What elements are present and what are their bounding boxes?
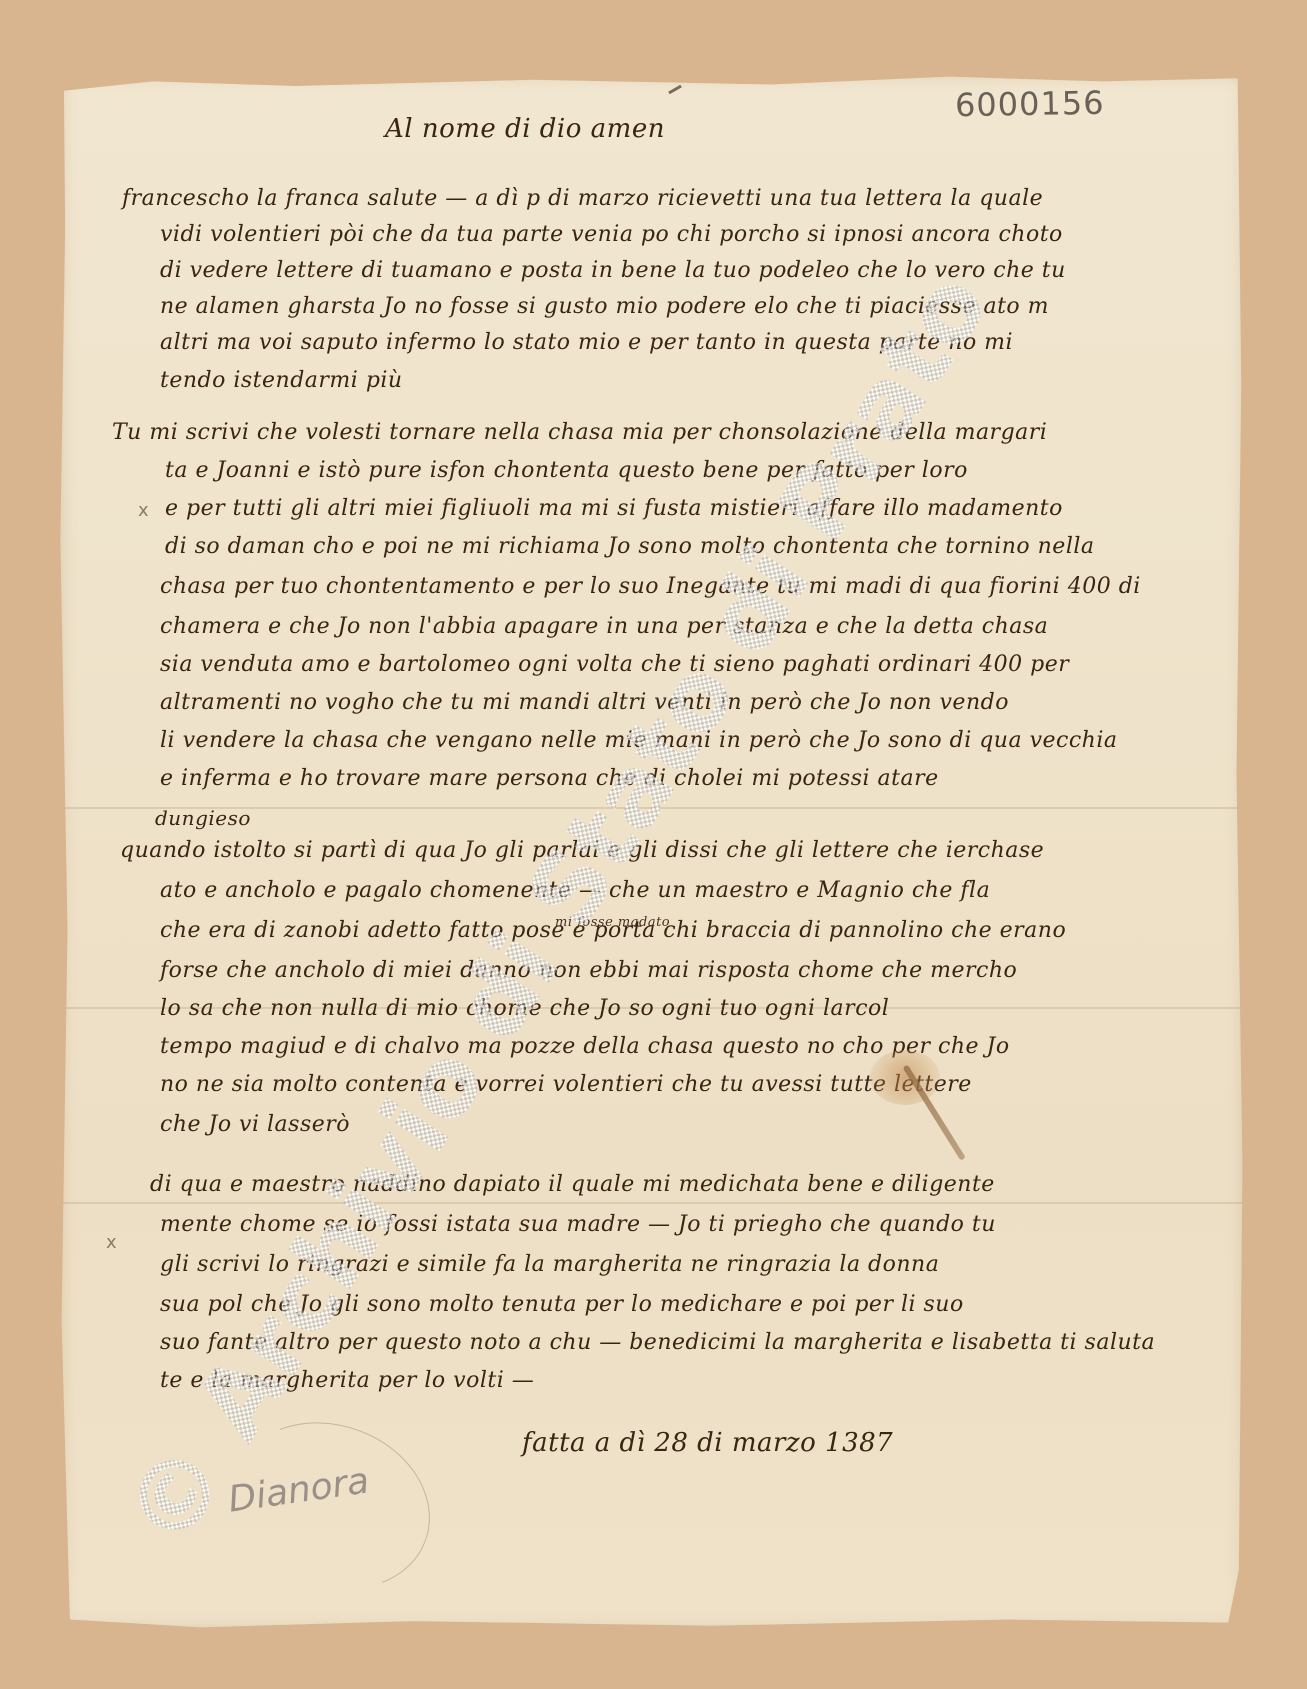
text-line: chamera e che Jo non l'abbia apagare in …: [160, 614, 1048, 639]
text-line: ta e Joanni e istò pure isfon chontenta …: [165, 458, 968, 483]
margin-mark: x: [138, 500, 149, 521]
text-line: no ne sia molto contenta e vorrei volent…: [160, 1072, 972, 1097]
text-line: di vedere lettere di tuamano e posta in …: [160, 258, 1066, 283]
text-line: lo sa che non nulla di mio chome che Jo …: [160, 996, 889, 1021]
text-line: che era di zanobi adetto fatto pose e po…: [160, 918, 1066, 943]
letter-heading: Al nome di dio amen: [385, 114, 665, 144]
ink-stain: [870, 1050, 940, 1105]
text-line: e inferma e ho trovare mare persona che …: [160, 766, 939, 791]
text-line: mente chome se io fossi istata sua madre…: [160, 1212, 996, 1237]
text-line: francescho la franca salute — a dì p di …: [122, 186, 1043, 211]
text-line: gli scrivi lo ringrazi e simile fa la ma…: [160, 1252, 939, 1277]
text-line: altramenti no vogho che tu mi mandi altr…: [160, 690, 1009, 715]
text-line: ne alamen gharsta Jo no fosse si gusto m…: [160, 294, 1049, 319]
text-line: dungieso: [155, 806, 251, 830]
text-line: di qua e maestro naddino dapiato il qual…: [150, 1172, 995, 1197]
text-line: tendo istendarmi più: [160, 368, 403, 393]
text-line: vidi volentieri pòi che da tua parte ven…: [160, 222, 1063, 247]
margin-mark: x: [106, 1232, 117, 1253]
text-line: sua pol che Jo gli sono molto tenuta per…: [160, 1292, 964, 1317]
text-line: chasa per tuo chontentamento e per lo su…: [160, 574, 1141, 599]
text-line: suo fante altro per questo noto a chu — …: [160, 1330, 1155, 1355]
closing-date: fatta a dì 28 di marzo 1387: [522, 1428, 893, 1458]
text-line: altri ma voi saputo infermo lo stato mio…: [160, 330, 1013, 355]
text-line: li vendere la chasa che vengano nelle mi…: [160, 728, 1118, 753]
text-line: e per tutti gli altri miei figliuoli ma …: [165, 496, 1063, 521]
text-line: ato e ancholo e pagalo chomenente — che …: [160, 878, 990, 903]
text-line: Tu mi scrivi che volesti tornare nella c…: [112, 420, 1047, 445]
fold-crease: [58, 1202, 1246, 1204]
text-line: di so daman cho e poi ne mi richiama Jo …: [165, 534, 1095, 559]
text-line: che Jo vi lasserò: [160, 1112, 350, 1137]
text-line: forse che ancholo di miei danno non ebbi…: [160, 958, 1017, 983]
text-line: sia venduta amo e bartolomeo ogni volta …: [160, 652, 1069, 677]
text-line: te e la margherita per lo volti —: [160, 1368, 534, 1393]
text-line: quando istolto si partì di qua Jo gli pa…: [120, 838, 1044, 863]
archive-number: 6000156: [955, 84, 1105, 125]
